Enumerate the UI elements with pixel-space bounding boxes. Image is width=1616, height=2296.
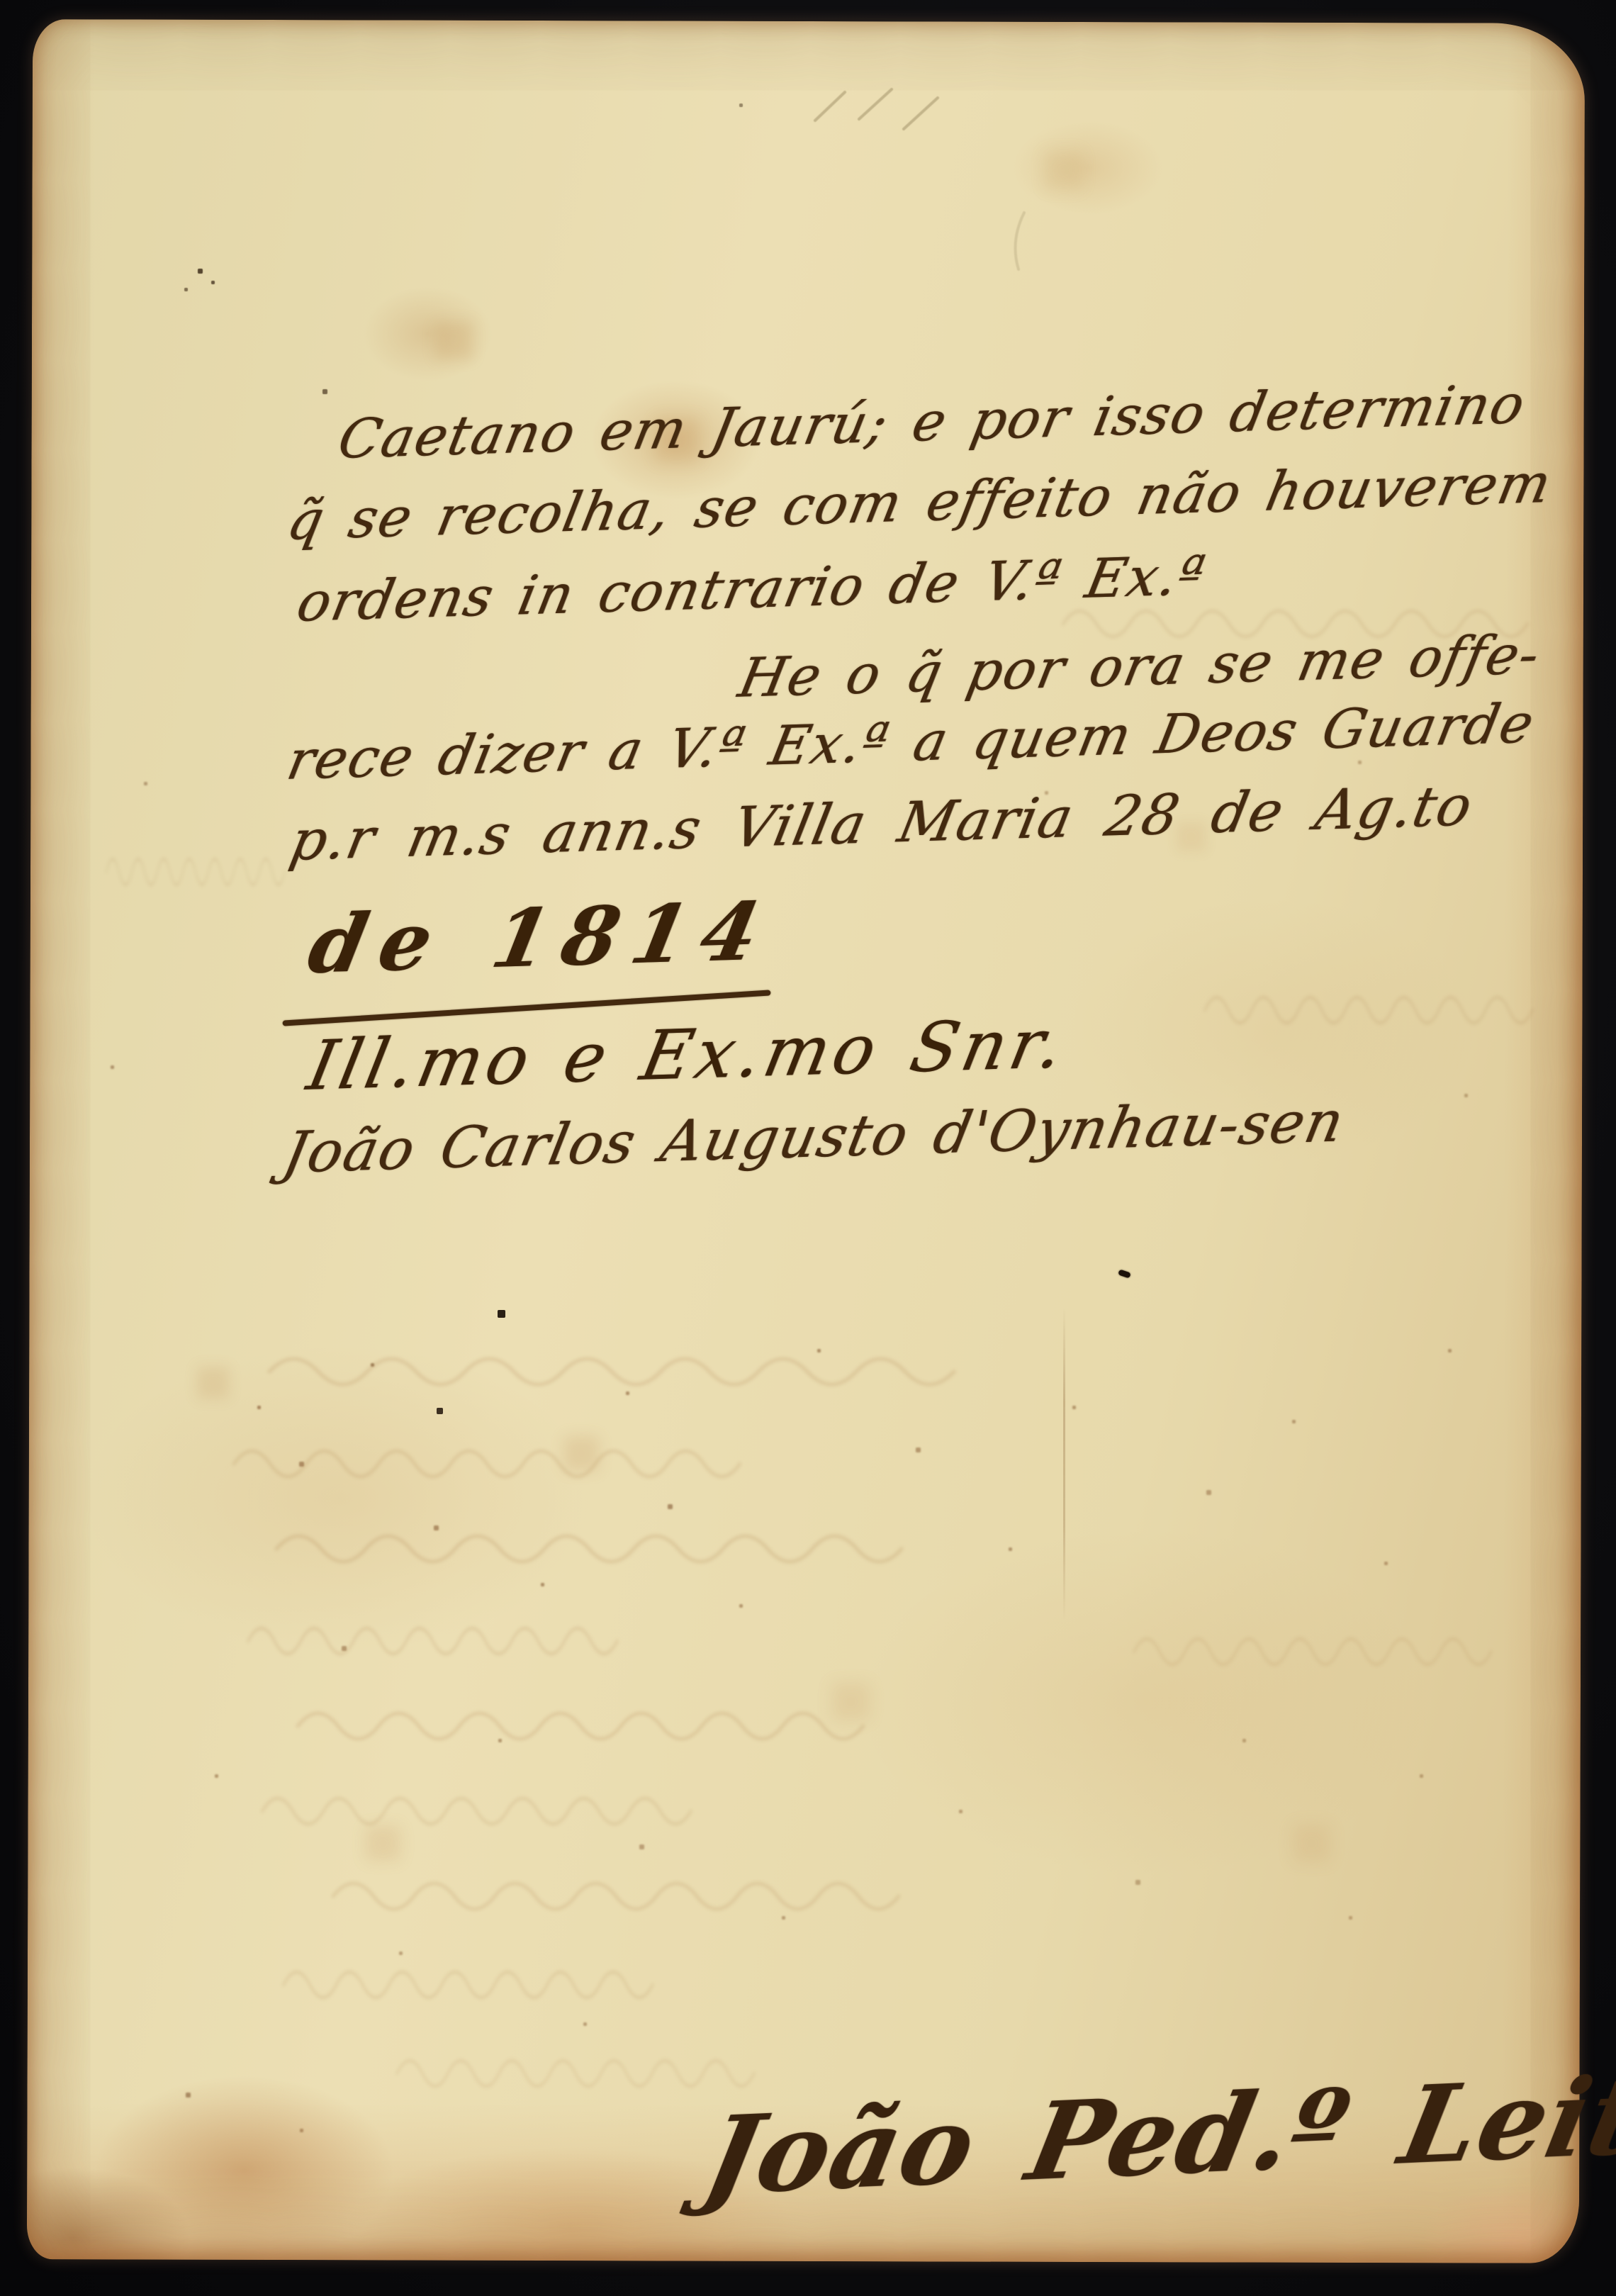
paper-specks <box>0 0 1 1</box>
manuscript-year: de 1814 <box>301 885 780 992</box>
paper-crease <box>1063 1308 1065 1620</box>
